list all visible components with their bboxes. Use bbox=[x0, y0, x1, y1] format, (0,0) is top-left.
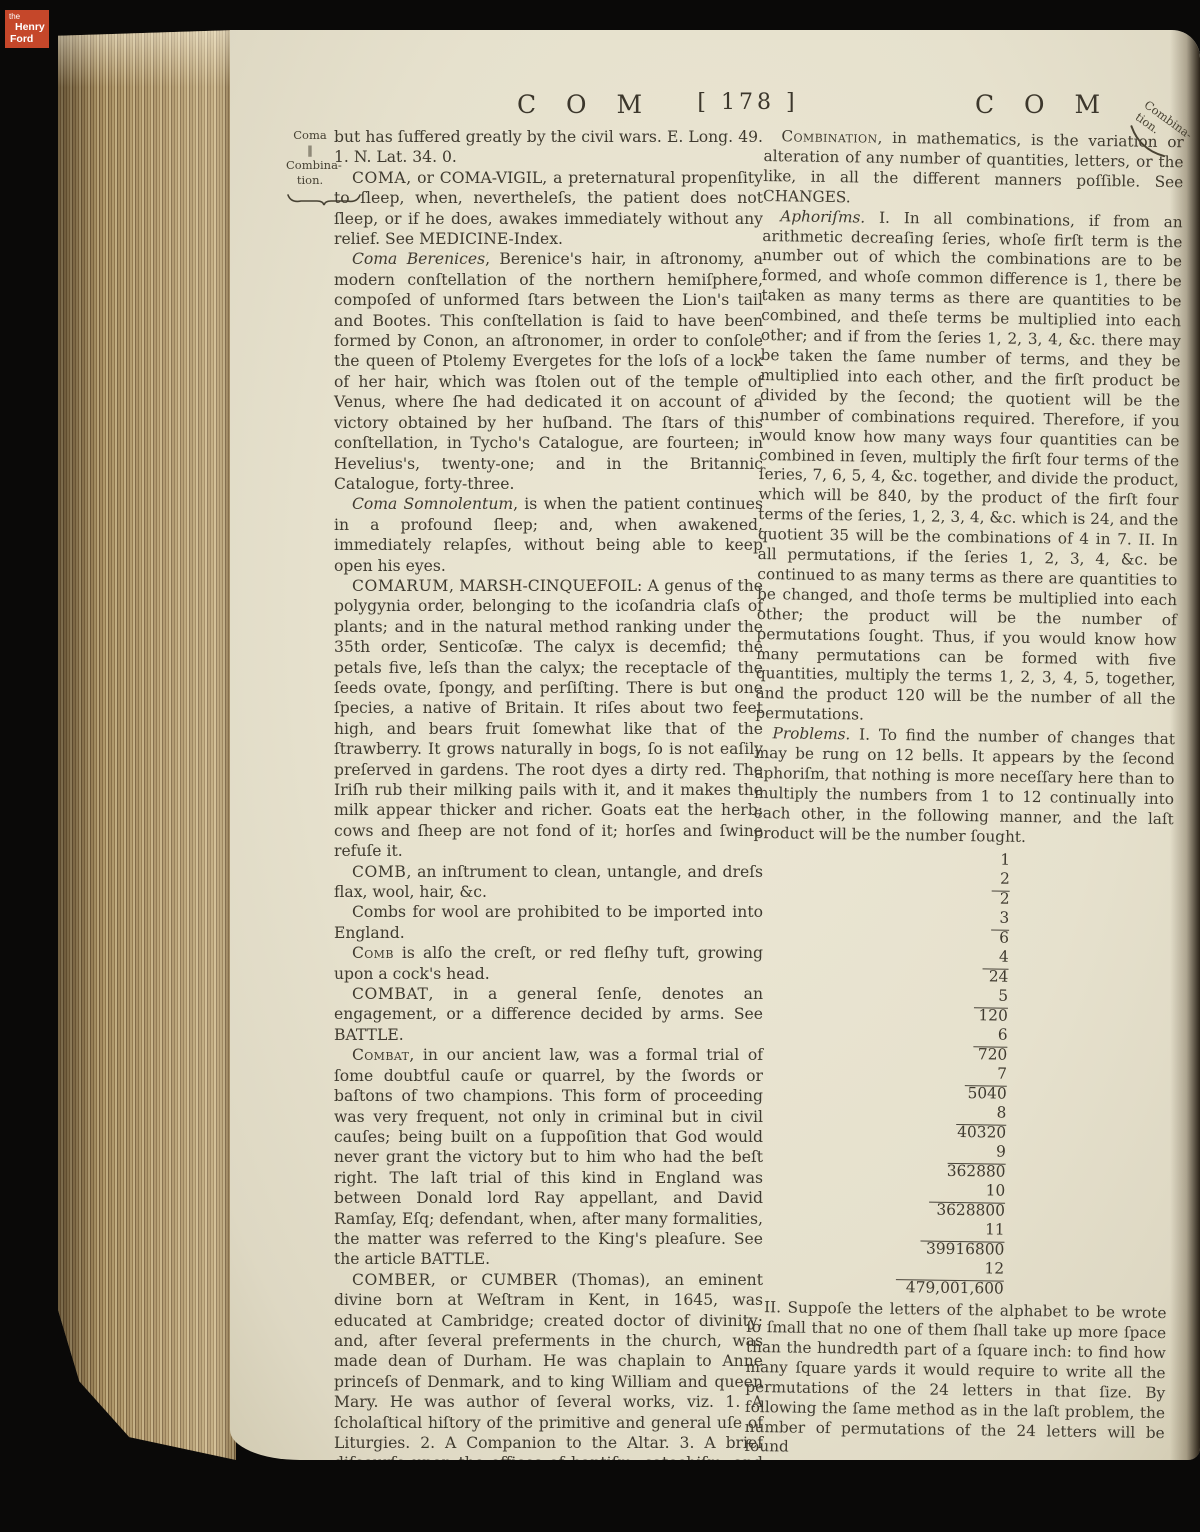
entry-headword: Combat bbox=[352, 1046, 409, 1064]
paragraph: Comb is alſo the creſt, or red fleſhy tu… bbox=[334, 943, 763, 984]
calc-value: 3628800 bbox=[936, 1200, 1005, 1221]
entry-headword: COMBER bbox=[352, 1271, 431, 1289]
margin-note-line: ‖ bbox=[286, 143, 334, 158]
factorial-calculation-stack: 1223642451206720750408403209362880103628… bbox=[769, 847, 1011, 1299]
entry-headword: COMARUM bbox=[352, 577, 449, 595]
calc-value: 24 bbox=[989, 967, 1009, 987]
margin-note-line: Coma bbox=[286, 128, 334, 143]
entry-headword: COMB bbox=[352, 863, 407, 881]
logo-line-henry: Henry bbox=[15, 22, 46, 33]
margin-note-left-lines: Coma‖Combina-tion. bbox=[286, 128, 334, 188]
entry-headword: Coma Berenices bbox=[352, 250, 485, 268]
logo-line-ford: Ford bbox=[10, 34, 46, 45]
book-page: C O M [ 178 ] C O M Coma‖Combina-tion. C… bbox=[230, 30, 1200, 1460]
paragraph: COMBAT, in a general ſenſe, denotes an e… bbox=[334, 984, 763, 1045]
column-right: Combination, in mathematics, is the vari… bbox=[744, 127, 1184, 1460]
paragraph: Combination, in mathematics, is the vari… bbox=[763, 127, 1184, 213]
entry-headword: COMA bbox=[352, 169, 406, 187]
paragraph: but has ſuffered greatly by the civil wa… bbox=[334, 127, 763, 168]
entry-headword: Aphoriſms. bbox=[780, 207, 865, 226]
paragraph: Coma Berenices, Berenice's hair, in aſtr… bbox=[334, 249, 763, 494]
entry-headword: Combination bbox=[781, 127, 877, 146]
calc-row: 479,001,600 bbox=[769, 1276, 1004, 1299]
entry-headword: COMBAT bbox=[352, 985, 429, 1003]
column-left: but has ſuffered greatly by the civil wa… bbox=[334, 127, 763, 1460]
paragraph: COMB, an inſtrument to clean, untangle, … bbox=[334, 862, 763, 903]
calc-value: 4 bbox=[983, 947, 1009, 969]
calc-value: 3 bbox=[991, 909, 1009, 931]
calc-value: 40320 bbox=[957, 1123, 1006, 1143]
calc-value: 362880 bbox=[947, 1161, 1006, 1181]
paragraph: Combat, in our ancient law, was a formal… bbox=[334, 1045, 763, 1269]
book-fore-edge bbox=[58, 30, 236, 1460]
column-right-text-top: Combination, in mathematics, is the vari… bbox=[753, 127, 1184, 850]
calc-value: 6 bbox=[999, 928, 1009, 948]
paragraph: Coma Somnolentum, is when the patient co… bbox=[334, 494, 763, 576]
margin-note-left: Coma‖Combina-tion. bbox=[286, 128, 334, 206]
calc-value: 5040 bbox=[967, 1084, 1006, 1104]
calc-value: 2 bbox=[1000, 889, 1010, 909]
page-number: [ 178 ] bbox=[658, 90, 838, 115]
paragraph: II. Suppoſe the letters of the alphabet … bbox=[744, 1298, 1166, 1460]
column-right-text-bottom: II. Suppoſe the letters of the alphabet … bbox=[744, 1298, 1166, 1460]
entry-headword: Comb bbox=[352, 944, 394, 962]
calc-value: 120 bbox=[978, 1006, 1008, 1026]
margin-note-line: Combina- bbox=[286, 158, 334, 173]
paragraph: COMARUM, MARSH-CINQUEFOIL: A genus of th… bbox=[334, 576, 763, 862]
paragraph: Problems. I. To find the number of chang… bbox=[753, 724, 1175, 850]
paragraph: COMBER, or CUMBER (Thomas), an eminent d… bbox=[334, 1270, 763, 1460]
henry-ford-logo: the Henry Ford bbox=[5, 10, 49, 48]
calc-value: 479,001,600 bbox=[906, 1278, 1004, 1299]
margin-note-line: tion. bbox=[286, 173, 334, 188]
calc-value: 2 bbox=[992, 870, 1010, 892]
entry-headword: Coma Somnolentum bbox=[352, 495, 513, 513]
paragraph: Aphoriſms. I. In all combinations, if fr… bbox=[755, 207, 1183, 731]
paragraph: Combs for wool are prohibited to be impo… bbox=[334, 902, 763, 943]
paragraph: COMA, or COMA-VIGIL, a preternatural pro… bbox=[334, 168, 763, 250]
calc-value: 1 bbox=[1000, 850, 1010, 870]
entry-headword: Problems. bbox=[772, 724, 850, 743]
calc-value: 720 bbox=[978, 1045, 1008, 1065]
calc-value: 39916800 bbox=[926, 1239, 1005, 1260]
logo-line-the: the bbox=[9, 13, 46, 21]
